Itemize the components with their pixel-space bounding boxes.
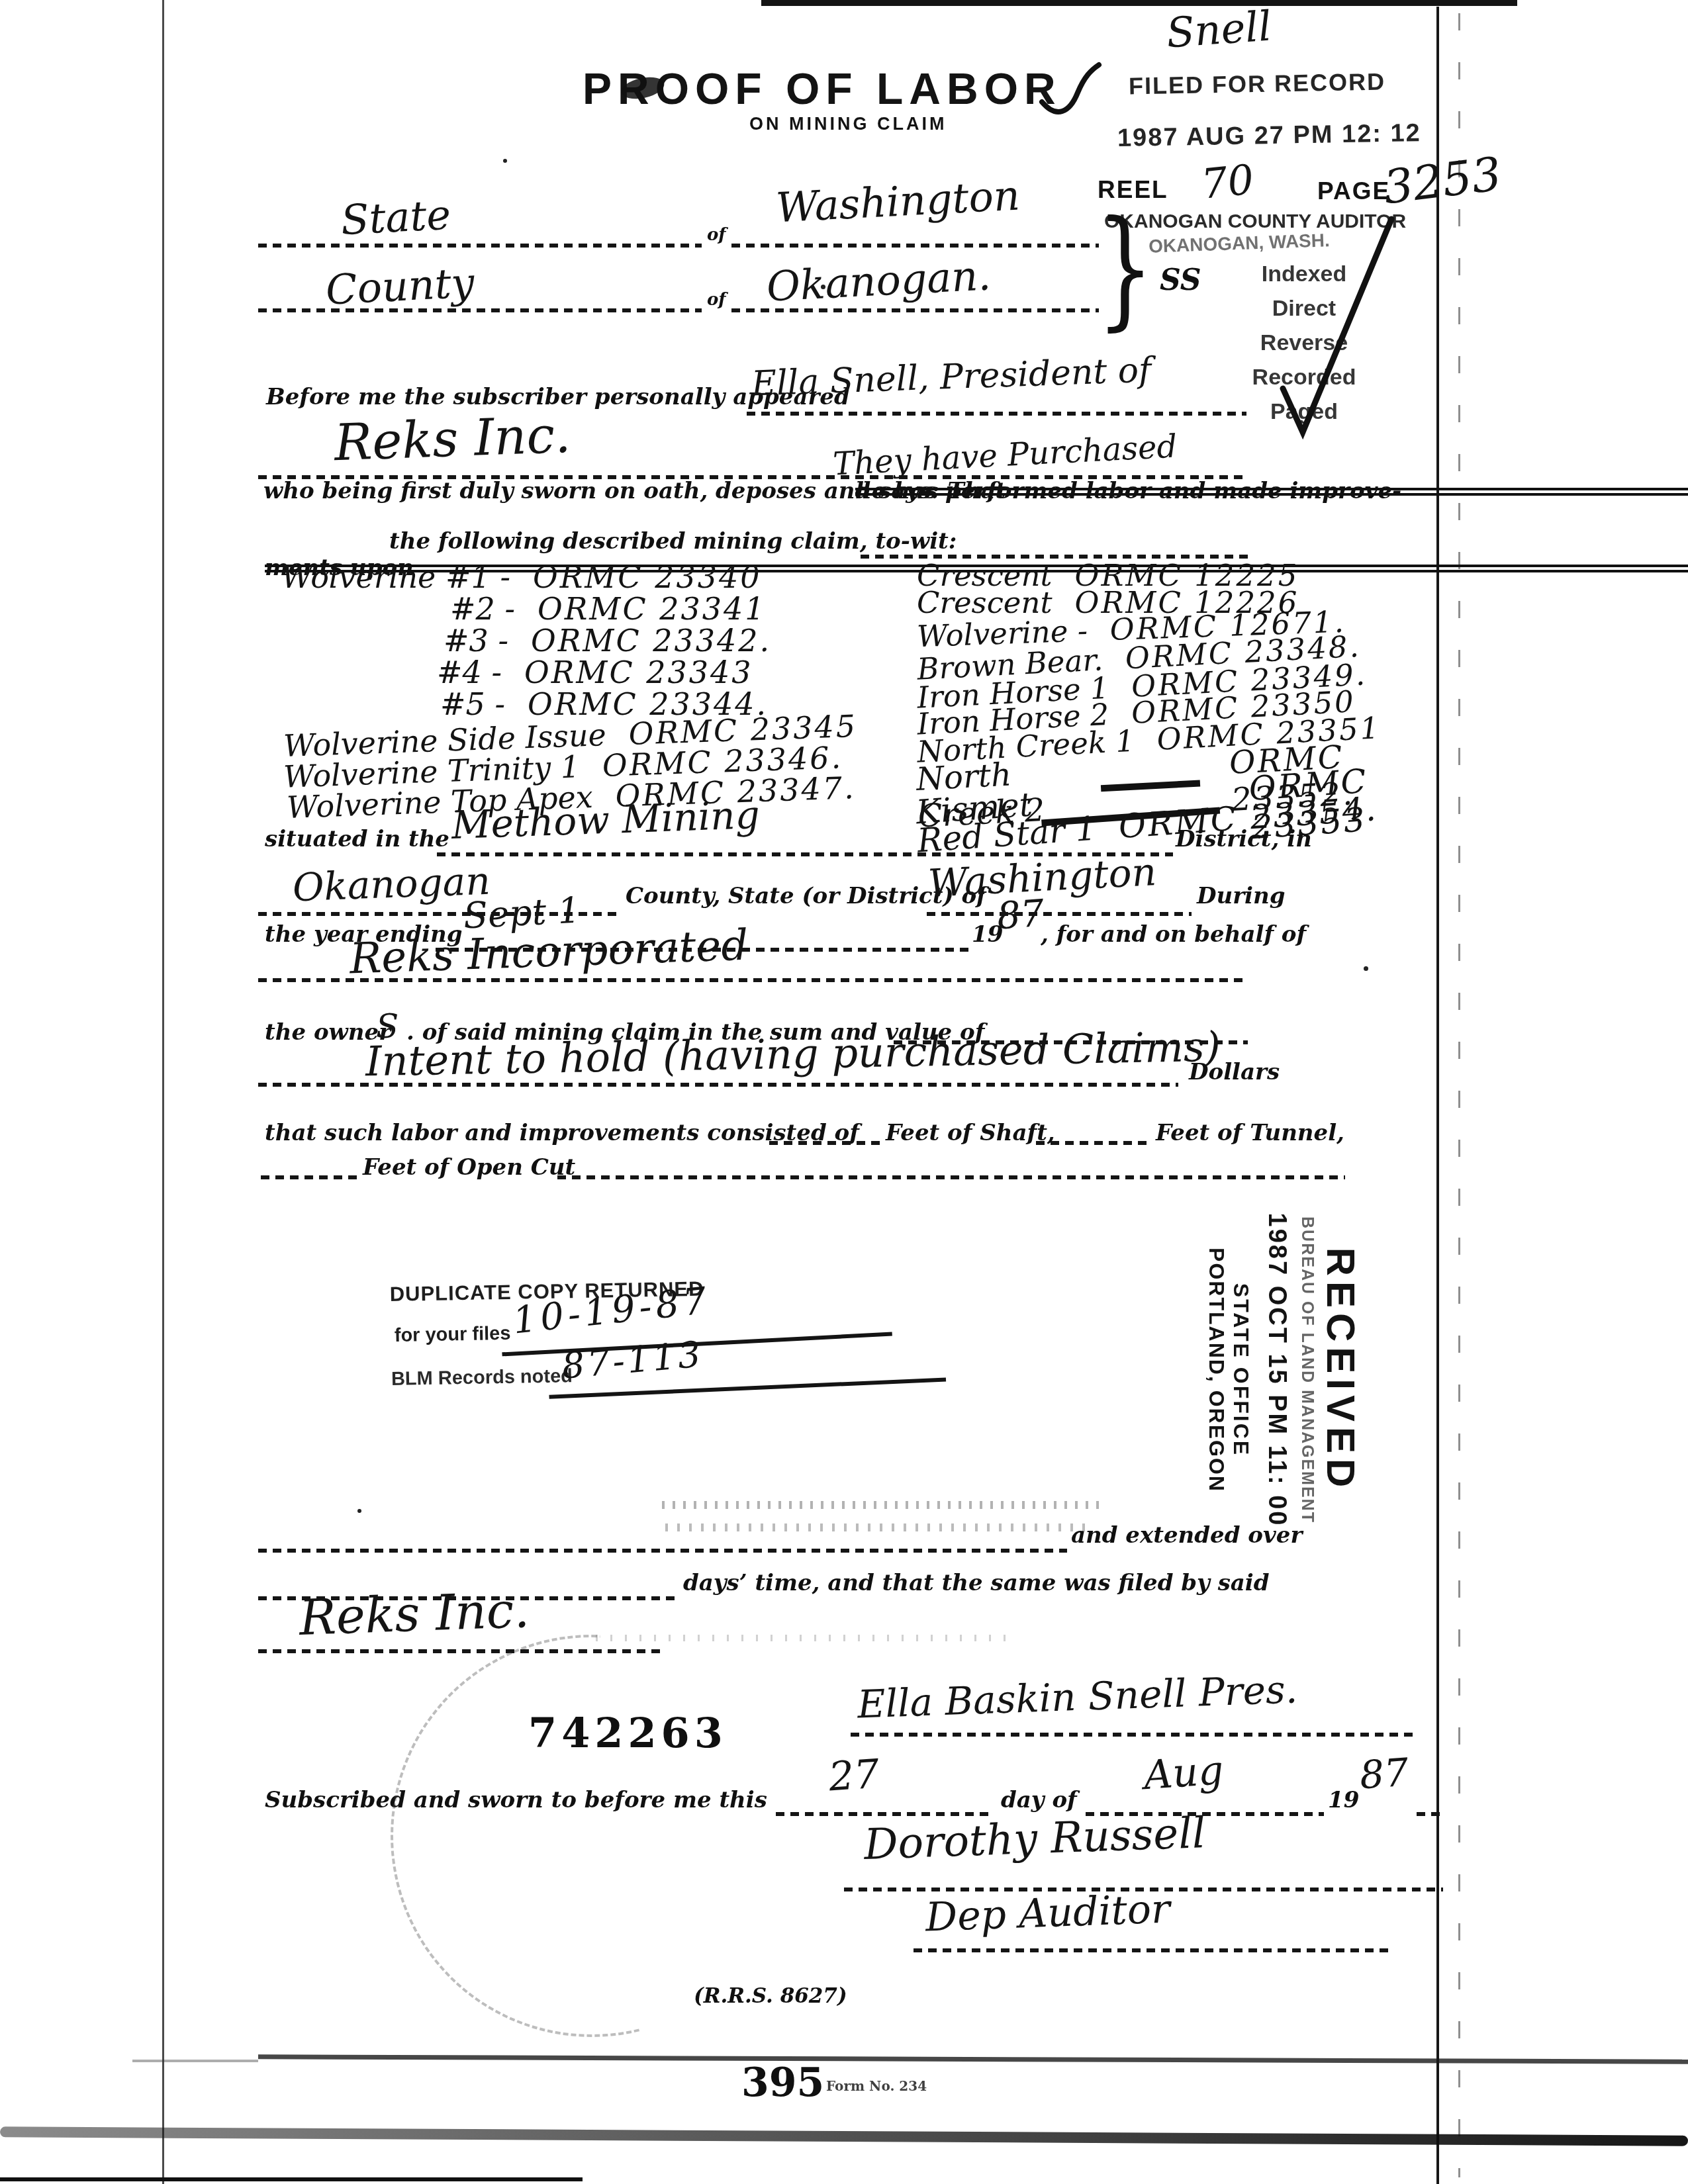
subscribed-dots-1	[776, 1812, 994, 1816]
received-line4: STATE OFFICE	[1229, 1198, 1253, 1542]
county-name-handwritten: Okanogan.	[765, 251, 992, 311]
left-scan-line	[162, 0, 164, 2184]
page-value: 3253	[1381, 146, 1505, 214]
dayof-label: day of	[1001, 1787, 1077, 1813]
claim-number: ORMC 23343	[524, 655, 753, 690]
claim-name: #3 -	[444, 623, 508, 659]
records-label: BLM Records noted	[391, 1365, 573, 1390]
claim-number: ORMC 23340	[533, 559, 762, 595]
filer-noise-row	[596, 1635, 1006, 1641]
filed-datetime-stamp: 1987 AUG 27 PM 12: 12	[1117, 119, 1421, 153]
amount-line-dots	[258, 1083, 1178, 1087]
footer-form-label: Form No. 234	[826, 2078, 927, 2094]
claim-row: #4 -ORMC 23343	[437, 655, 753, 690]
scan-smear-2	[0, 2126, 1688, 2146]
of-label-1: of	[704, 225, 729, 245]
month-value-handwritten: Aug	[1143, 1747, 1225, 1799]
behalf-label: , for and on behalf of	[1041, 921, 1306, 948]
claim-name: Wolverine #1 -	[281, 559, 510, 595]
ss-label: SS	[1160, 263, 1201, 297]
shaft-dots	[769, 1141, 882, 1145]
county-value-handwritten: County	[324, 258, 475, 314]
claim-number: ORMC 23342.	[531, 623, 771, 659]
checkmark-icon	[1278, 215, 1397, 440]
tunnel-dots	[1036, 1141, 1152, 1145]
received-line3: 1987 OCT 15 PM 11: 00	[1262, 1198, 1291, 1542]
year-87-handwritten: 87	[996, 892, 1046, 938]
situated-label: situated in the	[265, 826, 449, 852]
days-label: days’ time, and that the same was filed …	[683, 1570, 1270, 1596]
year-value-handwritten-2: 87	[1358, 1750, 1410, 1798]
top-scan-bar	[761, 0, 1517, 6]
claim-name: #2 -	[450, 591, 515, 627]
dollars-label: Dollars	[1189, 1059, 1280, 1085]
of-label-2: of	[704, 290, 729, 310]
bottom-scan-line	[0, 2177, 583, 2181]
claim-number: ORMC 23341	[538, 591, 767, 627]
right-scan-line	[1436, 7, 1439, 2184]
claim-row: Wolverine #1 -ORMC 23340	[281, 559, 762, 595]
state-line-dots-2	[731, 244, 1099, 248]
subscribed-dots-3	[1417, 1812, 1444, 1816]
during-label: During	[1197, 883, 1286, 909]
county-line-dots	[258, 308, 702, 312]
scan-speck	[1033, 609, 1037, 613]
check-squiggle-icon	[1038, 61, 1104, 120]
appeared-company-handwritten: Reks Inc.	[334, 405, 572, 472]
state2-line-dots	[927, 912, 1192, 916]
jurat-brace: }	[1097, 185, 1154, 351]
page-label: PAGE	[1317, 177, 1390, 205]
claim-name: #4 -	[437, 655, 502, 690]
company2-line-dots	[258, 978, 1248, 982]
extended-label: and extended over	[1071, 1522, 1302, 1549]
received-line5: PORTLAND, OREGON	[1204, 1198, 1229, 1542]
state-name-handwritten: Washington	[774, 171, 1021, 232]
opencut-dots-1	[261, 1175, 359, 1179]
opencut-dots-2	[557, 1175, 1345, 1179]
scan-smear-1	[258, 2054, 1688, 2064]
received-line1: RECEIVED	[1318, 1198, 1364, 1542]
county-line-dots-2	[731, 308, 1099, 312]
filer-dots	[258, 1649, 665, 1653]
notary-title-dots	[914, 1948, 1393, 1952]
district-label: District, in	[1176, 826, 1312, 852]
notary-seal	[391, 1635, 793, 2037]
illegible-stamp-row-1	[662, 1501, 1099, 1509]
filed-for-record-stamp: FILED FOR RECORD	[1129, 68, 1386, 101]
scan-speck	[503, 159, 507, 163]
notary-title-handwritten: Dep Auditor	[925, 1886, 1171, 1941]
files-label: for your files	[395, 1323, 511, 1347]
received-line2: BUREAU OF LAND MANAGEMENT	[1297, 1198, 1317, 1542]
scan-speck	[821, 285, 825, 289]
appeared-line-dots	[747, 412, 1246, 416]
illegible-stamp-row-2	[665, 1524, 1089, 1531]
day-value-handwritten: 27	[827, 1751, 881, 1800]
claim-name: #5 -	[440, 686, 505, 722]
scan-speck	[357, 1509, 361, 1513]
claim-row: #2 -ORMC 23341	[450, 591, 767, 627]
state-value-handwritten: State	[340, 191, 452, 245]
claim-row: #3 -ORMC 23342.	[444, 623, 771, 659]
scanned-document-page: PROOF OF LABOR ON MINING CLAIM Snell FIL…	[0, 0, 1688, 2184]
scan-speck	[1364, 966, 1368, 971]
president-signature-handwritten: Ella Baskin Snell Pres.	[857, 1666, 1298, 1727]
tunnel-label: Feet of Tunnel,	[1156, 1120, 1344, 1146]
president-signature-dots	[851, 1733, 1417, 1737]
county2-value-handwritten: Okanogan	[292, 858, 491, 910]
shaft-label: Feet of Shaft,	[886, 1120, 1055, 1146]
reel-value: 70	[1199, 155, 1256, 208]
right-scan-dashed-line	[1458, 13, 1460, 2177]
state-line-dots	[258, 244, 702, 248]
opencut-label: Feet of Open Cut	[363, 1154, 575, 1181]
duplicate-copy-stamp: DUPLICATE COPY RETURNED for your files 1…	[389, 1269, 921, 1411]
footer-page-number: 395	[741, 2060, 824, 2106]
appeared-name-handwritten: Ella Snell, President of	[751, 350, 1152, 404]
snell-annotation: Snell	[1165, 2, 1273, 58]
year-19-label-2: 19	[1328, 1787, 1359, 1813]
scan-smear-1b	[132, 2060, 258, 2062]
notary-signature-handwritten: Dorothy Russell	[863, 1809, 1207, 1870]
struck-performed-labor-text: he has performed labor and made improve-	[855, 478, 1688, 504]
statute-label: (R.R.S. 8627)	[694, 1984, 847, 2008]
document-subtitle: ON MINING CLAIM	[749, 114, 947, 134]
records-value-handwritten: 87-113	[560, 1333, 705, 1387]
extended-dots	[258, 1549, 1067, 1553]
towit-label: the following described mining claim, to…	[389, 528, 957, 555]
received-stamp: RECEIVED BUREAU OF LAND MANAGEMENT 1987 …	[1172, 1198, 1364, 1542]
filer-value-handwritten: Reks Inc.	[299, 1582, 531, 1647]
